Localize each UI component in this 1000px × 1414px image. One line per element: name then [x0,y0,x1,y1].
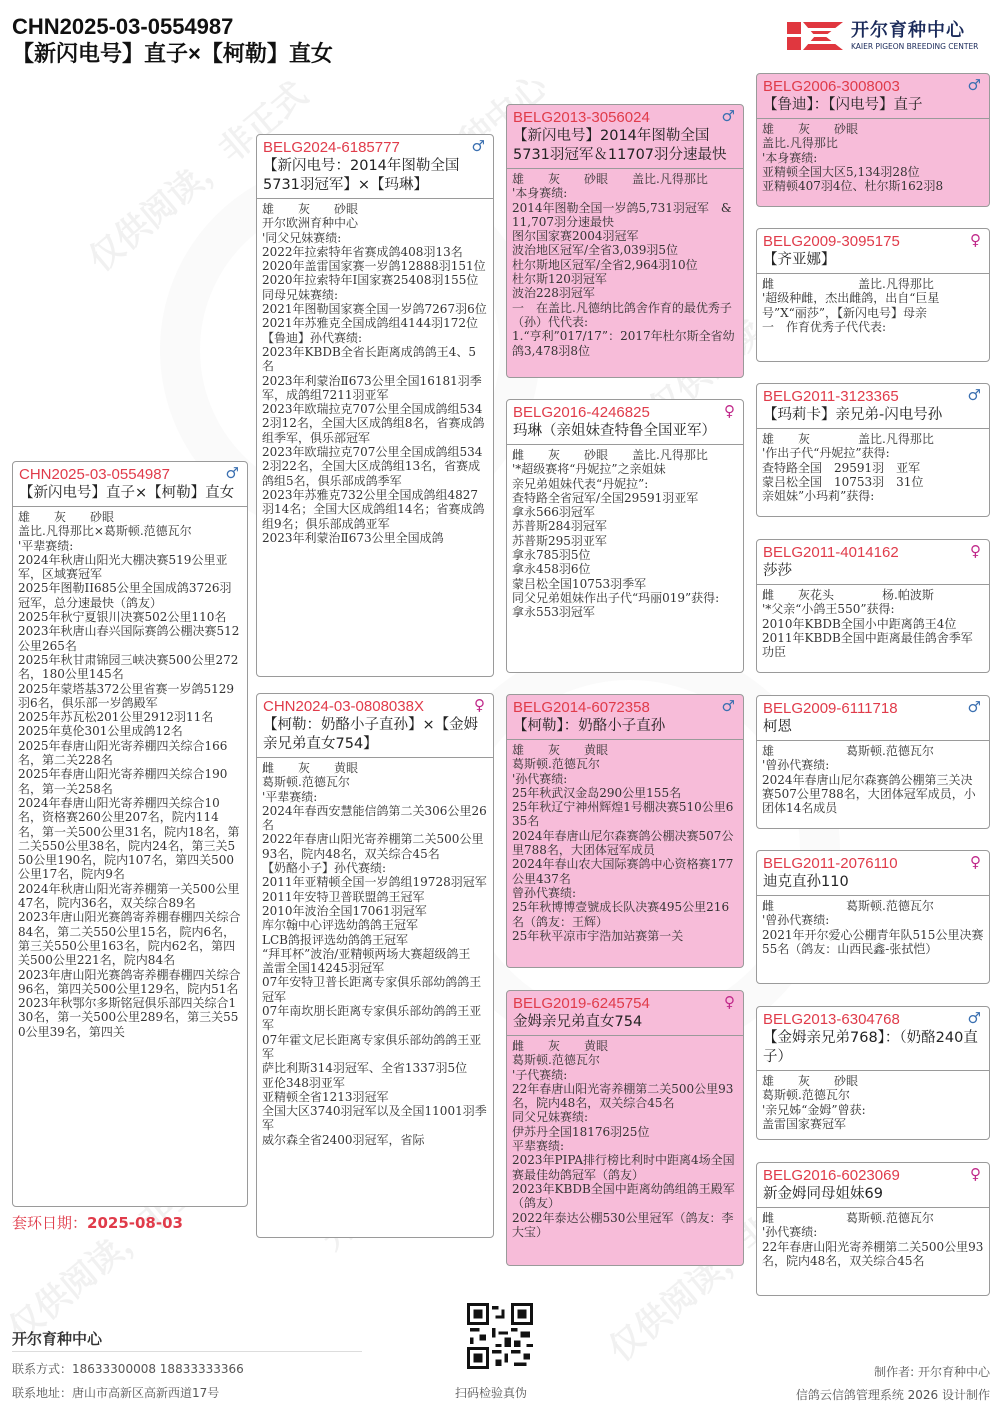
record-line: 2025年春唐山阳光寄养棚四关综合190名，第一关258名 [18,767,242,796]
card-header: CHN2025-03-0554987 ♂ 【新闪电号】直子×【柯勒】直女 [13,462,247,507]
record-line: 2011年KBDB全国中距离最佳鸽舍季军功臣 [762,631,984,660]
pigeon-name: 玛琳（亲姐妹查特鲁全国亚军） [513,422,737,441]
card-header: BELG2013-6304768 ♂ 【金姆亲兄弟768】：（奶酪240直子） [757,1007,989,1071]
record-line: 2025年春唐山阳光寄养棚四关综合166名，第二关228名 [18,739,242,768]
record-line: '平辈赛绩: [262,790,488,804]
card-header: BELG2011-2076110 ♀ 迪克直孙110 [757,851,989,896]
card-body: 雄 灰 砂眼盖比.凡得那比×葛斯顿.范德瓦尔'平辈赛绩:2024年秋唐山阳光大棚… [13,507,247,1042]
pedigree-card-subject[interactable]: CHN2025-03-0554987 ♂ 【新闪电号】直子×【柯勒】直女 雄 灰… [12,461,248,1207]
ring-date-label: 套环日期： [12,1214,87,1232]
ring-date-value: 2025-08-03 [87,1214,183,1232]
pigeon-name: 【新闪电号：2014年图勒全国5731羽冠军】×【玛琳】 [263,157,487,195]
record-line: 2023年欧瑞拉克707公里全国成鸽组5342羽22名，全国大区成鸽组13名，省… [262,445,488,488]
ring-number: CHN2025-03-0554987 [19,465,241,484]
card-header: CHN2024-03-0808038X ♀ 【柯勒：奶酪小子直孙】×【金姆亲兄弟… [257,694,493,758]
footer-maker: 制作者: 开尔育种中心 [874,1363,990,1380]
logo-en: KAIER PIGEON BREEDING CENTER [851,42,978,52]
pigeon-name: 【新闪电号】直子×【柯勒】直女 [19,484,241,503]
record-line: 雄 灰 盖比.凡得那比 [762,432,984,446]
record-line: 25年秋平凉市宇浩加站赛第一关 [512,929,738,943]
record-line: 亚精顿全省1213羽冠军 [262,1090,488,1104]
male-icon: ♂ [968,1009,981,1027]
record-line: 雄 葛斯顿.范德瓦尔 [762,744,984,758]
pedigree-card-dam-sire[interactable]: BELG2014-6072358 ♂ 【柯勒】：奶酪小子直孙 雄 灰 黄眼葛斯顿… [506,694,744,968]
record-line: 2023年唐山阳光赛鸽寄养棚春棚四关综合84名，第二关550公里15名，院内6名… [18,910,242,967]
male-icon: ♂ [968,698,981,716]
record-line: 雌 灰 黄眼 [512,1039,738,1053]
card-body: 雄 葛斯顿.范德瓦尔'曾孙代赛绩:2024年春唐山尼尔森赛鸽公棚第三关决赛507… [757,741,989,818]
record-line: 雄 灰 砂眼 [762,1074,984,1088]
record-line: 萨比利斯314羽冠军、全省1337羽5位 [262,1061,488,1075]
pigeon-name: 【齐亚娜】 [763,251,983,270]
record-line: 雌 葛斯顿.范德瓦尔 [762,899,984,913]
ring-number: BELG2011-2076110 [763,854,983,873]
record-line: 全国大区3740羽冠军以及全国11001羽季军 [262,1104,488,1133]
female-icon: ♀ [724,402,735,420]
record-line: 雌 灰花头 杨.帕波斯 [762,588,984,602]
record-line: 2011年安特卫普联盟鸽王冠军 [262,890,488,904]
record-line: '本身赛绩: [512,186,738,200]
record-line: 葛斯顿.范德瓦尔 [762,1088,984,1102]
record-line: 2022年泰达公棚530公里冠军（鸽友：李大宝） [512,1211,738,1240]
record-line: 同父兄弟姐妹作出子代“玛丽019”获得: [512,591,738,605]
record-line: 波治228羽冠军 [512,286,738,300]
page-title-ring: CHN2025-03-0554987 [12,14,333,40]
ring-number: BELG2019-6245754 [513,994,737,1013]
pedigree-card-sds[interactable]: BELG2011-3123365 ♂ 【玛莉卡】亲兄弟-闪电号孙 雄 灰 盖比.… [756,383,990,517]
footer-address: 联系地址：唐山市高新区高新西道17号 [12,1384,219,1401]
record-line: 拿永785羽5位 [512,548,738,562]
logo-cn: 开尔育种中心 [851,20,978,42]
male-icon: ♂ [226,464,239,482]
pedigree-card-dam-dam[interactable]: BELG2019-6245754 ♀ 金姆亲兄弟直女754 雌 灰 黄眼葛斯顿.… [506,990,744,1266]
card-header: BELG2016-4246825 ♀ 玛琳（亲姐妹查特鲁全国亚军） [507,400,743,445]
page-title-name: 【新闪电号】直子×【柯勒】直女 [12,40,333,68]
ring-number: BELG2009-6111718 [763,699,983,718]
male-icon: ♂ [722,697,735,715]
pigeon-name: 【柯勒】：奶酪小子直孙 [513,717,737,736]
male-icon: ♂ [472,137,485,155]
record-line: 2025年秋宁夏银川决赛502公里110名 [18,610,242,624]
ring-number: BELG2016-6023069 [763,1166,983,1185]
card-header: BELG2024-6185777 ♂ 【新闪电号：2014年图勒全国5731羽冠… [257,135,493,199]
pedigree-card-dsd[interactable]: BELG2011-2076110 ♀ 迪克直孙110 雌 葛斯顿.范德瓦尔'曾孙… [756,850,990,984]
card-body: 雄 灰 砂眼盖比.凡得那比'本身赛绩:亚精顿全国大区5,134羽28位亚精顿40… [757,119,989,196]
record-line: 2023年PIPA排行榜比利时中距离4场全国赛最佳幼鸽冠军（鸽友） [512,1153,738,1182]
record-line: 2024年春山农大国际赛鸽中心资格赛177公里437名 [512,857,738,886]
record-line: 同父兄妹赛绩: [512,1110,738,1124]
record-line: '曾孙代赛绩: [762,758,984,772]
record-line: 1.“亨利”017/17”：2017年杜尔斯全省幼鸽3,478羽8位 [512,329,738,358]
pigeon-name: 迪克直孙110 [763,873,983,892]
record-line: 葛斯顿.范德瓦尔 [512,757,738,771]
footer-divider [12,1351,362,1352]
card-body: 雌 灰花头 杨.帕波斯'*父亲“小鸽王550”获得:2010年KBDB全国小中距… [757,585,989,662]
record-line: 2025年秋甘肃锦园三峡决赛500公里272名，180公里145名 [18,653,242,682]
pigeon-name: 新金姆同母姐妹69 [763,1185,983,1204]
card-body: 雌 盖比.凡得那比'超级种雌，杰出雌鸽，出自“巨星号”X“丽莎”，【新闪电号】母… [757,274,989,337]
record-line: 2025年图勒II685公里全国成鸽3726羽冠军，总分速最快（鸽友） [18,581,242,610]
record-line: 2024年春唐山尼尔森赛鸽公棚第三关决赛507公里788名，大团体冠军成员，小团… [762,773,984,816]
ring-number: BELG2009-3095175 [763,232,983,251]
record-line: 2022年春唐山阳光寄养棚第二关500公里93名，院内48名，双关综合45名 [262,832,488,861]
record-line: 22年春唐山阳光寄养棚第二关500公里93名，院内48名，双关综合45名 [762,1240,984,1269]
record-line: 2023年KBDB全国中距离幼鸽组鸽王殿军（鸽友） [512,1182,738,1211]
record-line: 亚伦348羽亚军 [262,1076,488,1090]
pigeon-name: 柯恩 [763,718,983,737]
record-line: 蒙吕松全国 10753羽 31位 [762,475,984,489]
record-line: 2023年KBDB全省长距离成鸽鸽王4、5名 [262,345,488,374]
record-line: 查特路全省冠军/全国29591羽亚军 [512,491,738,505]
record-line: 亲姐妹”小玛莉”获得: [762,489,984,503]
record-line: 25年秋辽宁神州辉煌1号棚决赛510公里635名 [512,800,738,829]
pigeon-name: 【金姆亲兄弟768】：（奶酪240直子） [763,1029,983,1067]
ring-number: BELG2024-6185777 [263,138,487,157]
female-icon: ♀ [970,542,981,560]
record-line: 25年秋博博壹號成长队决赛495公里216名（鸽友：王辉） [512,900,738,929]
record-line: '曾孙代赛绩: [762,913,984,927]
pedigree-card-dam[interactable]: CHN2024-03-0808038X ♀ 【柯勒：奶酪小子直孙】×【金姆亲兄弟… [256,693,494,1238]
record-line: 波治地区冠军/全省3,039羽5位 [512,243,738,257]
card-body: 雌 灰 黄眼葛斯顿.范德瓦尔'平辈赛绩:2024年春西安慧能信鸽第二关306公里… [257,758,493,1150]
pigeon-name: 金姆亲兄弟直女754 [513,1013,737,1032]
record-line: 【奶酪小子】孙代赛绩: [262,861,488,875]
record-line: 威尔森全省2400羽冠军，省际 [262,1133,488,1147]
card-header: BELG2011-4014162 ♀ 莎莎 [757,540,989,585]
record-line: '本身赛绩: [762,151,984,165]
card-header: BELG2016-6023069 ♀ 新金姆同母姐妹69 [757,1163,989,1208]
ring-number: BELG2016-4246825 [513,403,737,422]
record-line: 拿永566羽冠军 [512,505,738,519]
record-line: 亚精顿全国大区5,134羽28位 [762,165,984,179]
record-line: 雄 灰 砂眼 盖比.凡得那比 [512,172,738,186]
record-line: 雌 灰 砂眼 盖比.凡得那比 [512,448,738,462]
card-header: BELG2009-3095175 ♀ 【齐亚娜】 [757,229,989,274]
record-line: 2021年图勒国家赛全国一岁鸽7267羽6位 [262,302,488,316]
record-line: LCB鸽报评选幼鸽鸽王冠军 [262,933,488,947]
record-line: 2022年拉索特年省赛成鸽408羽13名 [262,245,488,259]
female-icon: ♀ [970,1165,981,1183]
record-line: 平辈赛绩: [512,1139,738,1153]
logo: 开尔育种中心 KAIER PIGEON BREEDING CENTER [785,16,990,56]
record-line: 雌 灰 黄眼 [262,761,488,775]
card-header: BELG2014-6072358 ♂ 【柯勒】：奶酪小子直孙 [507,695,743,740]
ring-number: BELG2006-3008003 [763,77,983,96]
card-header: BELG2011-3123365 ♂ 【玛莉卡】亲兄弟-闪电号孙 [757,384,989,429]
record-line: 杜尔斯地区冠军/全省2,964羽10位 [512,258,738,272]
ring-number: BELG2013-6304768 [763,1010,983,1029]
record-line: “拜耳杯”波治/亚精顿两场大赛超级鸽王 [262,947,488,961]
card-body: 雌 灰 黄眼葛斯顿.范德瓦尔'子代赛绩:22年春唐山阳光寄养棚第二关500公里9… [507,1036,743,1242]
record-line: 2023年欧瑞拉克707公里全国成鸽组5342羽12名，全国大区成鸽组8名，省赛… [262,402,488,445]
card-header: BELG2006-3008003 ♂ 【鲁迪】：【闪电号】直子 [757,74,989,119]
record-line: 雌 葛斯顿.范德瓦尔 [762,1211,984,1225]
pigeon-name: 【柯勒：奶酪小子直孙】×【金姆亲兄弟直女754】 [263,716,487,754]
record-line: '平辈赛绩: [18,539,242,553]
record-line: 雌 盖比.凡得那比 [762,277,984,291]
record-line: 2021年苏雅克全国成鸽组4144羽172位 [262,316,488,330]
ring-number: BELG2011-4014162 [763,543,983,562]
record-line: 2023年苏雅克732公里全国成鸽组4827羽14名；全国大区成鸽组14名；省赛… [262,488,488,531]
record-line: 一 作育优秀子代代表: [762,320,984,334]
card-body: 雄 灰 盖比.凡得那比'作出子代“丹妮拉”获得:查特路全国 29591羽 亚军蒙… [757,429,989,506]
record-line: 07年霍文尼长距离专家俱乐部幼鸽鸽王亚军 [262,1033,488,1062]
male-icon: ♂ [968,386,981,404]
card-body: 雄 灰 砂眼葛斯顿.范德瓦尔'亲兄姊“金姆”曾获:盖雷国家赛冠军 [757,1071,989,1134]
ring-number: CHN2024-03-0808038X [263,697,487,716]
pigeon-name: 【玛莉卡】亲兄弟-闪电号孙 [763,406,983,425]
record-line: 【鲁迪】孙代赛绩: [262,331,488,345]
record-line: 盖雷国家赛冠军 [762,1117,984,1131]
record-line: 库尔翰中心评选幼鸽鸽王冠军 [262,918,488,932]
record-line: 蒙吕松全国10753羽季军 [512,577,738,591]
page-title: CHN2025-03-0554987 【新闪电号】直子×【柯勒】直女 [12,14,333,68]
record-line: 雄 灰 黄眼 [512,743,738,757]
record-line: 2024年春唐山尼尔森赛鸽公棚决赛507公里788名，大团体冠军成员 [512,829,738,858]
pedigree-card-sss[interactable]: BELG2006-3008003 ♂ 【鲁迪】：【闪电号】直子 雄 灰 砂眼盖比… [756,73,990,207]
pigeon-name: 莎莎 [763,562,983,581]
record-line: 盖雷全国14245羽冠军 [262,961,488,975]
record-line: 盖比.凡得那比×葛斯顿.范德瓦尔 [18,524,242,538]
pedigree-card-sire-sire[interactable]: BELG2013-3056024 ♂ 【新闪电号】2014年图勒全国5731羽冠… [506,104,744,378]
record-line: '超级种雌，杰出雌鸽，出自“巨星号”X“丽莎”，【新闪电号】母亲 [762,291,984,320]
card-header: BELG2013-3056024 ♂ 【新闪电号】2014年图勒全国5731羽冠… [507,105,743,169]
record-line: 07年南坎朋长距离专家俱乐部幼鸽鸽王亚军 [262,1004,488,1033]
card-body: 雌 葛斯顿.范德瓦尔'曾孙代赛绩:2021年开尔爱心公棚青年队515公里决赛55… [757,896,989,959]
male-icon: ♂ [968,76,981,94]
record-line: '同父兄妹赛绩: [262,231,488,245]
pigeon-name: 【新闪电号】2014年图勒全国5731羽冠军＆11707羽分速最快 [513,127,737,165]
record-line: 查特路全国 29591羽 亚军 [762,461,984,475]
record-line: 苏普斯284羽冠军 [512,519,738,533]
record-line: '*父亲“小鸽王550”获得: [762,602,984,616]
record-line: '子代赛绩: [512,1068,738,1082]
record-line: 2011年亚精顿全国一岁鸽组19728羽冠军 [262,875,488,889]
record-line: 2025年莫伦301公里成鸽12名 [18,724,242,738]
record-line: 图尔国家赛2004羽冠军 [512,229,738,243]
ring-date: 套环日期：2025-08-03 [12,1212,183,1233]
pedigree-card-dss[interactable]: BELG2009-6111718 ♂ 柯恩 雄 葛斯顿.范德瓦尔'曾孙代赛绩:2… [756,695,990,829]
record-line: 2023年唐山阳光赛鸽寄养棚春棚四关综合96名，第四关500公里129名，院内5… [18,968,242,997]
record-line: 拿永553羽冠军 [512,605,738,619]
record-line: 2025年蒙塔基372公里省赛一岁鸽5129羽6名，俱乐部一岁鸽殿军 [18,682,242,711]
male-icon: ♂ [722,107,735,125]
card-body: 雄 灰 砂眼开尔欧洲育种中心'同父兄妹赛绩:2022年拉索特年省赛成鸽408羽1… [257,199,493,548]
pedigree-card-dds[interactable]: BELG2013-6304768 ♂ 【金姆亲兄弟768】：（奶酪240直子） … [756,1006,990,1140]
card-header: BELG2019-6245754 ♀ 金姆亲兄弟直女754 [507,991,743,1036]
footer-system: 信鸽云信鸽管理系统 2026 设计制作 [796,1386,990,1403]
record-line: 2014年图勒全国一岁鸽5,731羽冠军 & 11,707羽分速最快 [512,201,738,230]
record-line: '孙代赛绩: [762,1225,984,1239]
record-line: 2023年利蒙治Ⅱ673公里全国成鸽 [262,531,488,545]
record-line: '孙代赛绩: [512,772,738,786]
record-line: 2024年秋唐山阳光大棚决赛519公里亚军，区域赛冠军 [18,553,242,582]
record-line: 拿永458羽6位 [512,562,738,576]
pedigree-card-ddd[interactable]: BELG2016-6023069 ♀ 新金姆同母姐妹69 雌 葛斯顿.范德瓦尔'… [756,1162,990,1296]
female-icon: ♀ [724,993,735,1011]
record-line: 22年春唐山阳光寄养棚第二关500公里93名，院内48名，双关综合45名 [512,1082,738,1111]
record-line: 2023年秋唐山春兴国际赛鸽公棚决赛512公里265名 [18,624,242,653]
record-line: 同母兄妹赛绩: [262,288,488,302]
record-line: '亲兄姊“金姆”曾获: [762,1103,984,1117]
record-line: 2024年秋唐山阳光寄养棚第一关500公里47名，院内36名，双关综合89名 [18,882,242,911]
card-body: 雄 灰 砂眼 盖比.凡得那比'本身赛绩:2014年图勒全国一岁鸽5,731羽冠军… [507,169,743,361]
record-line: 2020年盖雷国家赛一岁鸽12888羽151位 [262,259,488,273]
record-line: 07年安特卫普长距离专家俱乐部幼鸽鸽王冠军 [262,975,488,1004]
footer-org-name: 开尔育种中心 [12,1328,102,1349]
record-line: '*超级赛将“丹妮拉”之亲姐妹 [512,462,738,476]
record-line: 伊苏丹全国18176羽25位 [512,1125,738,1139]
qr-caption: 扫码检验真伪 [455,1384,527,1401]
card-header: BELG2009-6111718 ♂ 柯恩 [757,696,989,741]
female-icon: ♀ [474,696,485,714]
card-body: 雌 灰 砂眼 盖比.凡得那比'*超级赛将“丹妮拉”之亲姐妹亲兄弟姐妹代表“丹妮拉… [507,445,743,623]
footer-contact: 联系方式：18633300008 18833333366 [12,1360,244,1377]
pedigree-card-sire[interactable]: BELG2024-6185777 ♂ 【新闪电号：2014年图勒全国5731羽冠… [256,134,494,677]
record-line: 2021年开尔爱心公棚青年队515公里决赛55名（鸽友：山西民鑫-张拭恺） [762,928,984,957]
card-body: 雄 灰 黄眼葛斯顿.范德瓦尔'孙代赛绩:25年秋武汉金岛290公里155名25年… [507,740,743,946]
record-line: 2010年波治全国17061羽冠军 [262,904,488,918]
record-line: 亲兄弟姐妹代表“丹妮拉”: [512,477,738,491]
record-line: 曾孙代赛绩: [512,886,738,900]
logo-mark-icon [785,18,845,54]
record-line: 葛斯顿.范德瓦尔 [512,1053,738,1067]
record-line: 2024年春唐山阳光寄养棚四关综合10名，资格赛260公里207名，院内114名… [18,796,242,882]
pedigree-card-ssd[interactable]: BELG2009-3095175 ♀ 【齐亚娜】 雌 盖比.凡得那比'超级种雌，… [756,228,990,362]
record-line: 苏普斯295羽亚军 [512,534,738,548]
ring-number: BELG2014-6072358 [513,698,737,717]
record-line: 2023年秋鄂尔多斯铭冠俱乐部四关综合130名，第一关500公里289名，第三关… [18,996,242,1039]
pedigree-card-sdd[interactable]: BELG2011-4014162 ♀ 莎莎 雌 灰花头 杨.帕波斯'*父亲“小鸽… [756,539,990,673]
ring-number: BELG2011-3123365 [763,387,983,406]
qr-code-icon[interactable] [467,1303,533,1369]
record-line: 亚精顿407羽4位、杜尔斯162羽8 [762,179,984,193]
record-line: 雄 灰 砂眼 [262,202,488,216]
ring-number: BELG2013-3056024 [513,108,737,127]
record-line: 2020年拉索特年I国家赛25408羽155位 [262,273,488,287]
record-line: 2010年KBDB全国小中距离鸽王4位 [762,617,984,631]
record-line: 雄 灰 砂眼 [18,510,242,524]
record-line: 2024年春西安慧能信鸽第二关306公里26名 [262,804,488,833]
female-icon: ♀ [970,853,981,871]
record-line: 2025年苏瓦松201公里2912羽11名 [18,710,242,724]
pigeon-name: 【鲁迪】：【闪电号】直子 [763,96,983,115]
record-line: 杜尔斯120羽冠军 [512,272,738,286]
card-body: 雌 葛斯顿.范德瓦尔'孙代赛绩:22年春唐山阳光寄养棚第二关500公里93名，院… [757,1208,989,1271]
record-line: '作出子代“丹妮拉”获得: [762,446,984,460]
record-line: 一 在盖比.凡德纳比鸽舍作育的最优秀子（孙）代代表: [512,301,738,330]
pedigree-card-sire-dam[interactable]: BELG2016-4246825 ♀ 玛琳（亲姐妹查特鲁全国亚军） 雌 灰 砂眼… [506,399,744,673]
record-line: 2023年利蒙治Ⅱ673公里全国16181羽季军，成鸽组7211羽亚军 [262,374,488,403]
record-line: 盖比.凡得那比 [762,136,984,150]
record-line: 开尔欧洲育种中心 [262,216,488,230]
female-icon: ♀ [970,231,981,249]
record-line: 雄 灰 砂眼 [762,122,984,136]
record-line: 葛斯顿.范德瓦尔 [262,775,488,789]
record-line: 25年秋武汉金岛290公里155名 [512,786,738,800]
